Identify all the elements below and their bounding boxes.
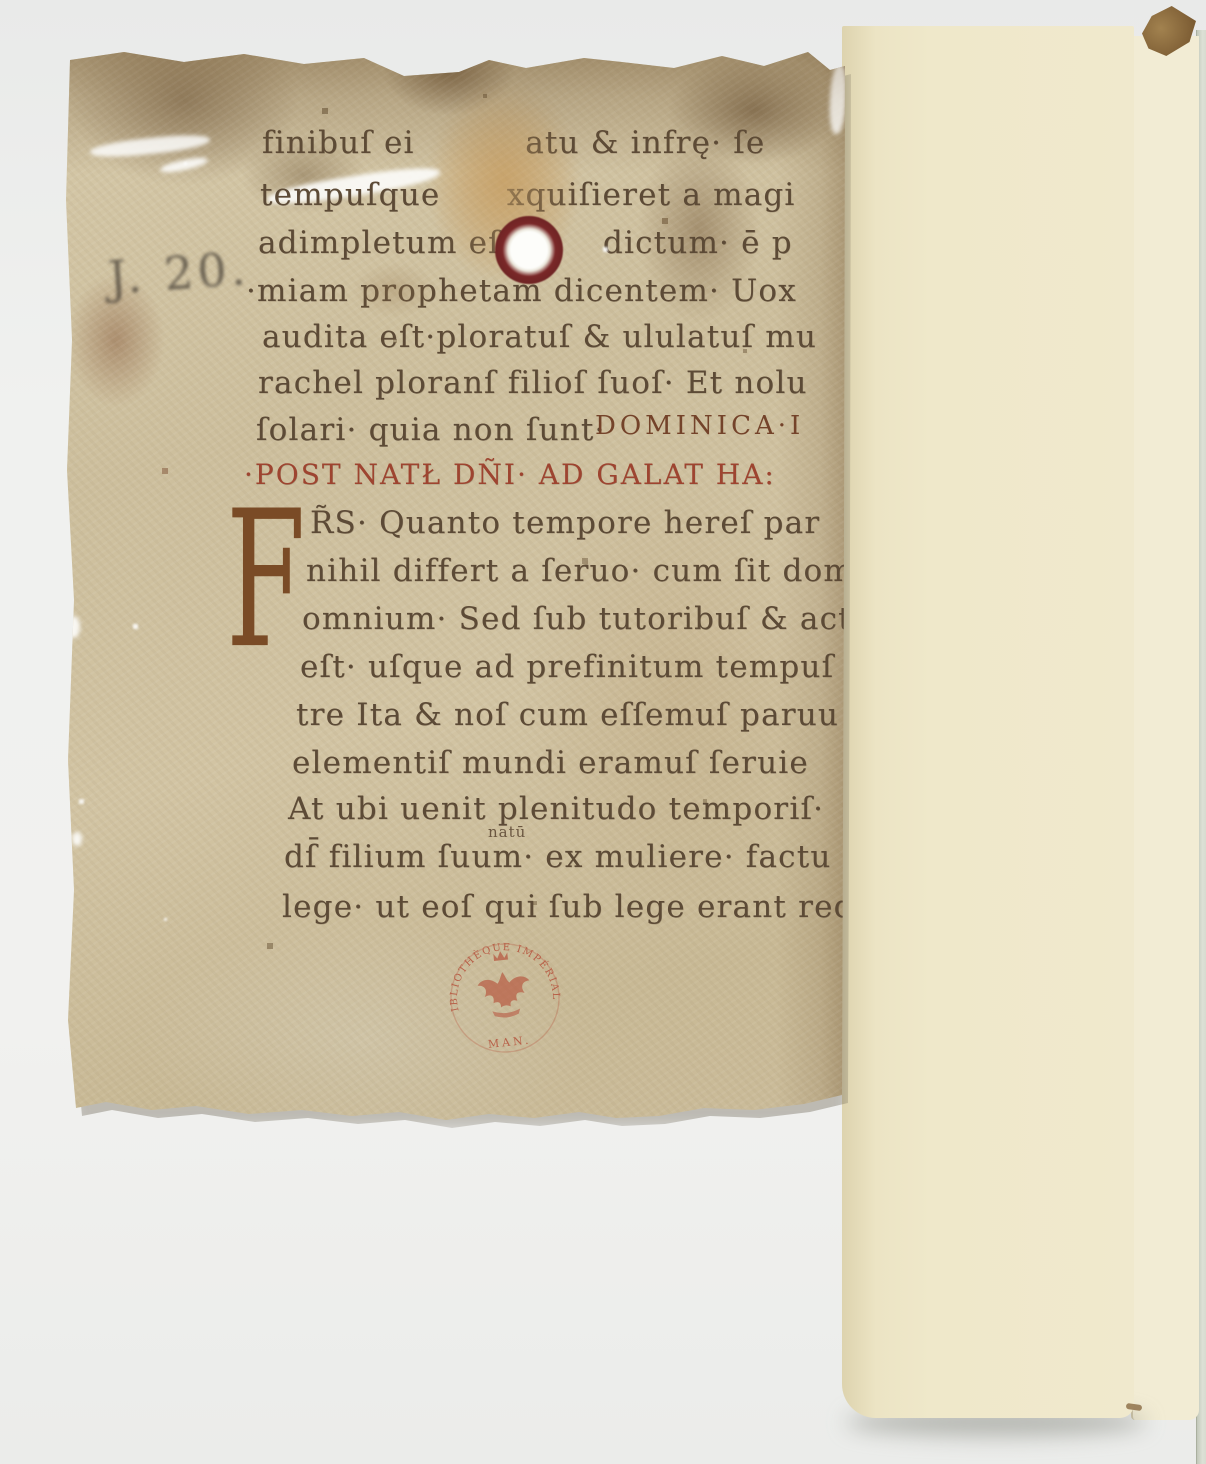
parchment-leaf: J. 20. finibuſ ei atu & infrę· ſe tempuſ… xyxy=(64,40,846,1122)
manuscript-line: At ubi uenit plenitudo temporiſ· xyxy=(288,794,824,825)
rubric-heading-dominica: DOMINICA·I xyxy=(595,413,804,439)
manuscript-line: elementiſ mundi eramuſ ſeruie xyxy=(292,748,809,779)
manuscript-line: dſ̄ filium ſuum· ex muliere· factu xyxy=(284,842,832,873)
eagle-perch xyxy=(492,1008,521,1018)
parchment-hole xyxy=(495,216,563,284)
photo-backdrop: J. 20. finibuſ ei atu & infrę· ſe tempuſ… xyxy=(0,0,1206,1464)
manuscript-line: tempuſque xquiſieret a magi xyxy=(260,180,796,211)
manuscript-line: audita eſt·ploratuſ & ululatuſ mu xyxy=(262,322,817,353)
ink-specks xyxy=(64,40,66,42)
manuscript-line: tre Ita & noſ cum eſſemuſ paruu xyxy=(296,700,839,731)
flyleaf-folded-panel xyxy=(1131,36,1199,1420)
manuscript-line: R̃S· Quanto tempore hereſ par xyxy=(310,508,820,539)
manuscript-line: ſolari· quia non ſunt· xyxy=(256,415,606,446)
manuscript-line: lege· ut eoſ qui ſub lege erant redim xyxy=(282,892,896,923)
manuscript-line: nihil differt a ſeruo· cum ſit dom xyxy=(306,556,854,587)
library-stamp: BIBLIOTHÈQUE IMPÉRIALE MAN. xyxy=(428,921,582,1075)
initial-letter-F: F xyxy=(226,486,306,675)
manuscript-line: eſt· uſque ad prefinitum tempuſ a xyxy=(300,652,865,683)
flyleaf-page xyxy=(842,26,1134,1418)
edge-nick xyxy=(72,832,82,846)
edge-nick xyxy=(66,616,80,638)
manuscript-line: omnium· Sed ſub tutoribuſ & actor xyxy=(302,604,888,635)
shelfmark-annotation: J. 20. xyxy=(106,241,251,305)
manuscript-line: rachel ploranſ filioſ ſuoſ· Et nolu xyxy=(258,368,808,399)
manuscript-line: finibuſ ei atu & infrę· ſe xyxy=(262,128,765,159)
white-specks xyxy=(64,40,67,43)
rubric-line-red: ·POST NATŁ DÑI· AD GALAT HA: xyxy=(244,461,776,489)
imperial-eagle-icon xyxy=(476,969,531,1009)
